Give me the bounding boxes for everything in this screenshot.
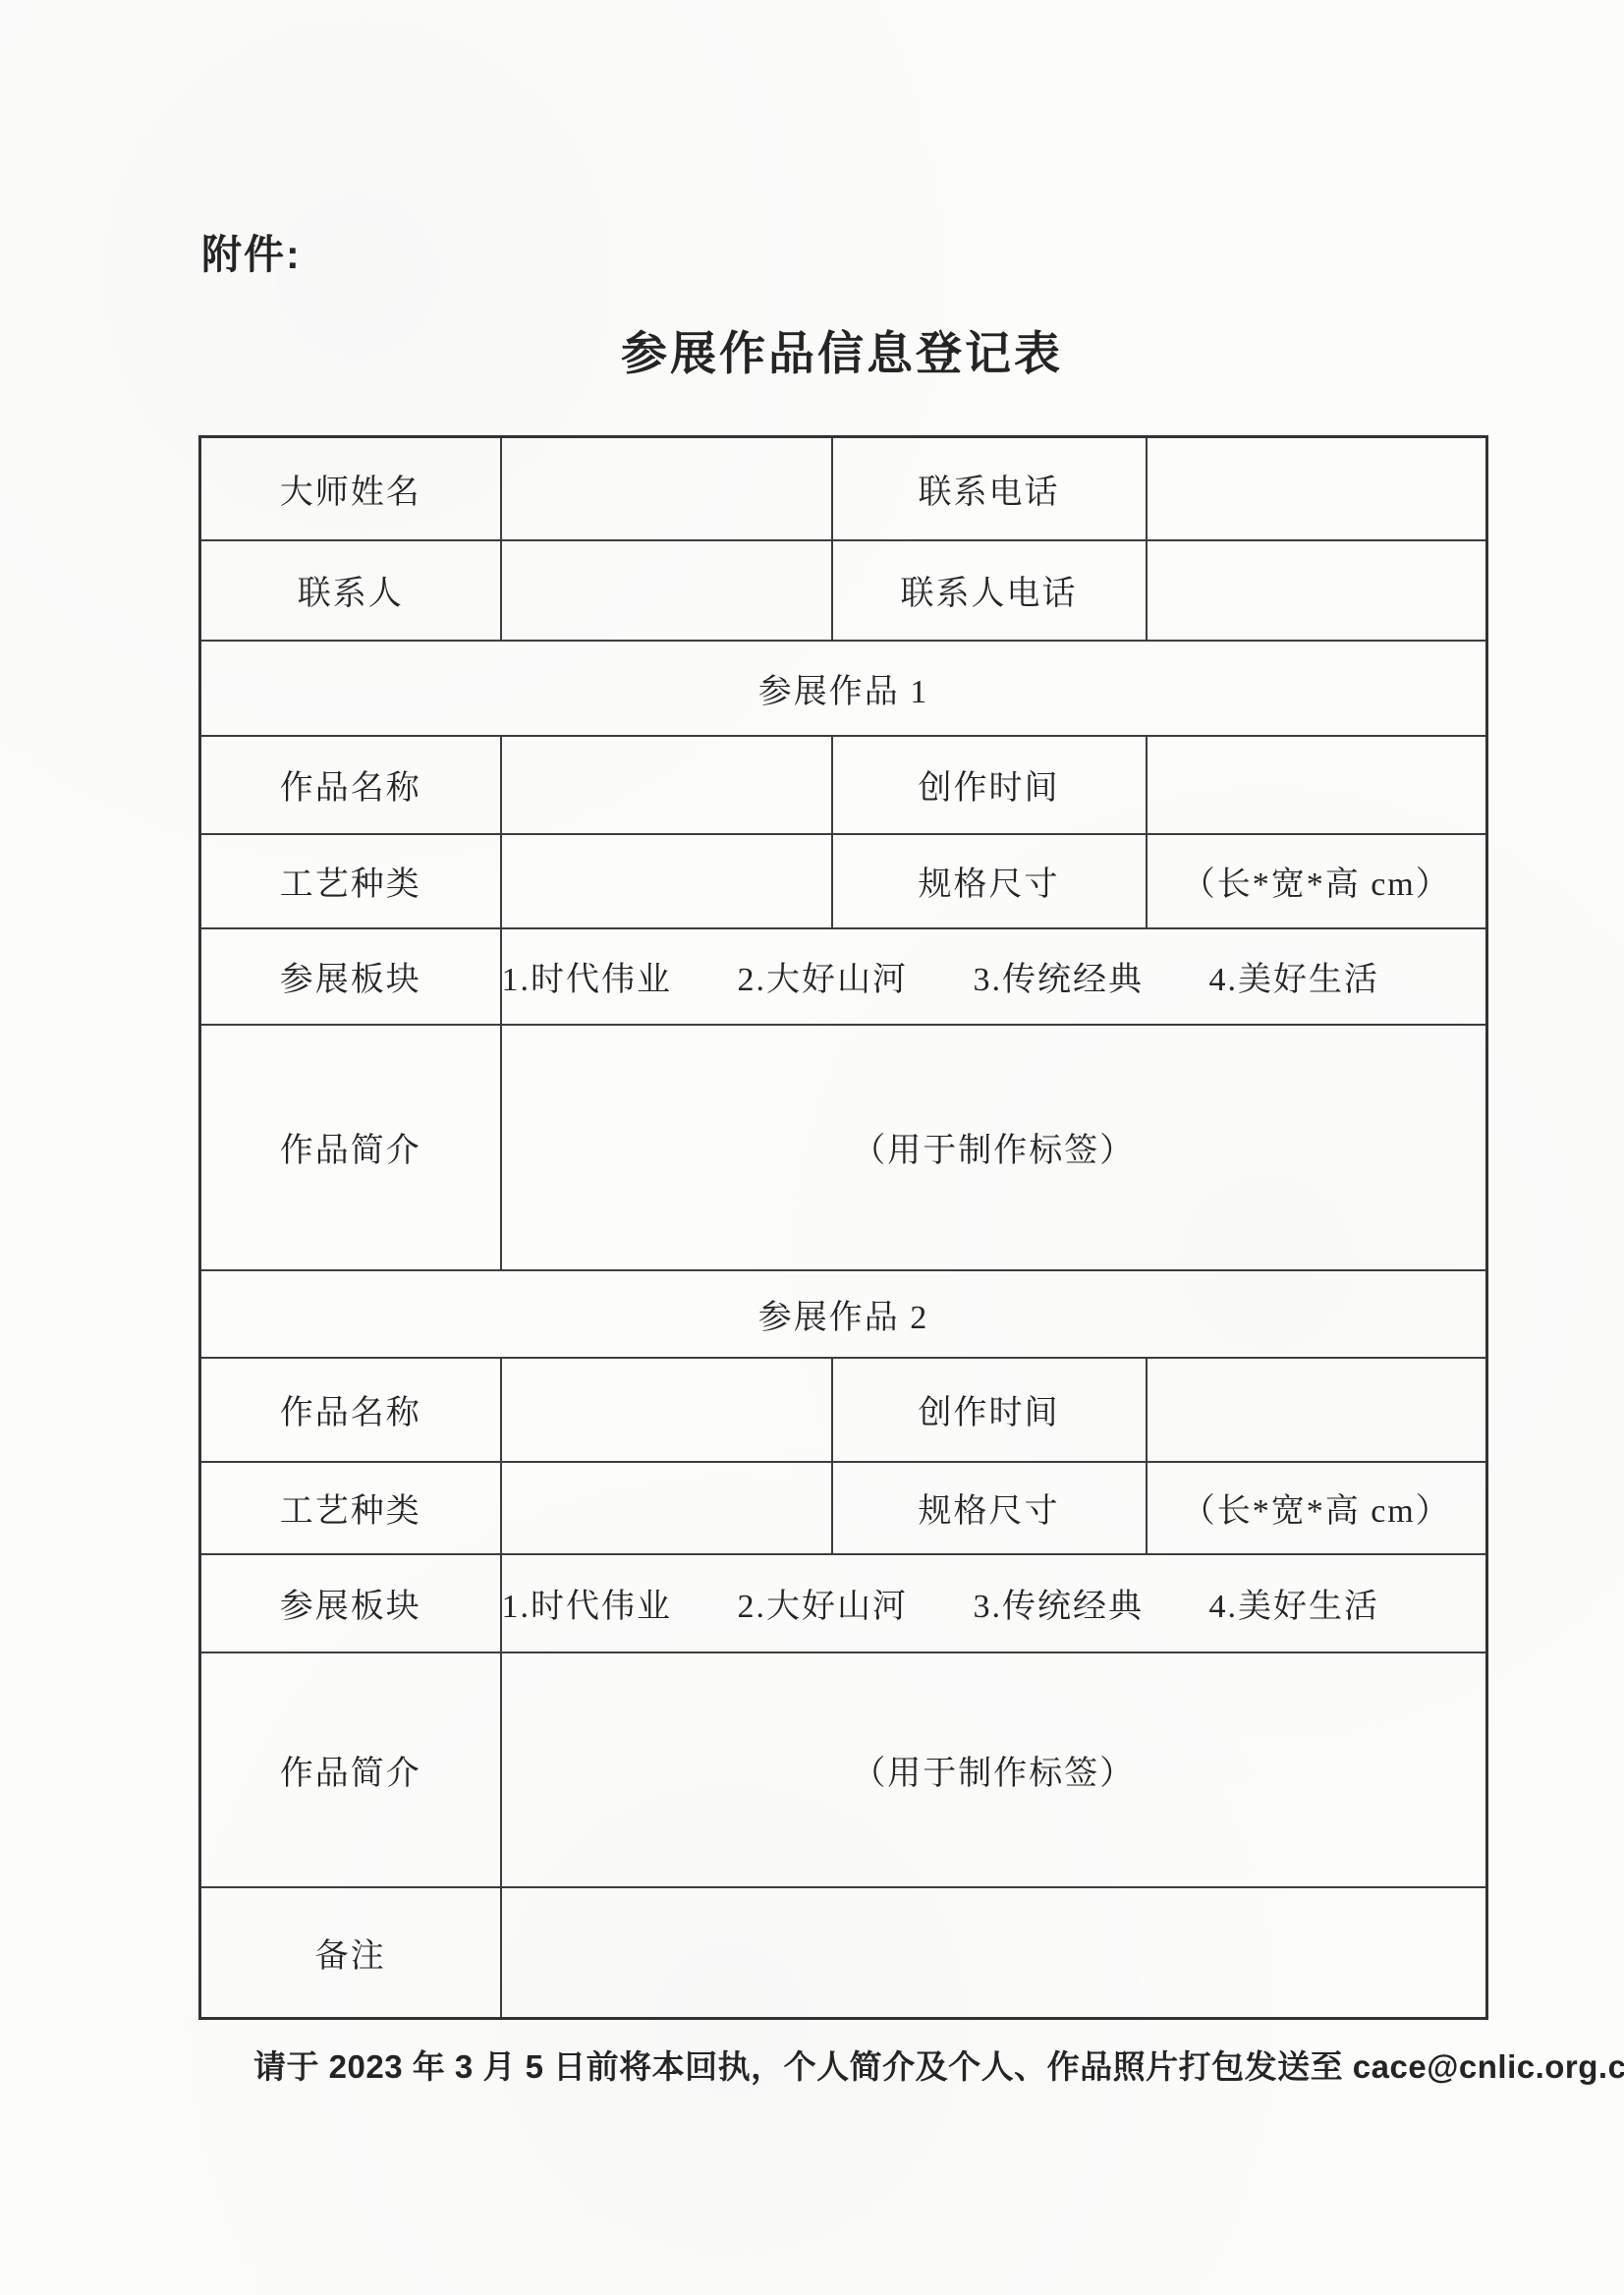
page-title: 参展作品信息登记表	[198, 317, 1485, 383]
work-intro-hint: （用于制作标签）	[501, 1025, 1487, 1270]
section-1-title-row: 参展作品 1	[200, 641, 1487, 736]
creation-time-label: 创作时间	[832, 1358, 1147, 1462]
craft-type-input-cell	[501, 1462, 832, 1554]
work-intro-label: 作品简介	[200, 1652, 501, 1887]
remarks-input-cell	[501, 1887, 1487, 2019]
scanned-document-page: 附件: 参展作品信息登记表 大师姓名 联系电话 联系人 联系人电话 参展作品 1	[0, 0, 1624, 2295]
registration-form-table: 大师姓名 联系电话 联系人 联系人电话 参展作品 1 作品名称 创作时间 工艺种…	[198, 435, 1488, 2020]
work-name-input-cell	[501, 1358, 832, 1462]
table-row: 工艺种类 规格尺寸 （长*宽*高 cm）	[200, 834, 1487, 928]
exhibition-block-option-4: 4.美好生活	[1209, 952, 1380, 1000]
table-row: 作品简介 （用于制作标签）	[200, 1652, 1487, 1887]
exhibition-block-option-1: 1.时代伟业	[502, 952, 673, 1000]
work-intro-hint: （用于制作标签）	[501, 1652, 1487, 1887]
remarks-row: 备注	[200, 1887, 1487, 2019]
table-row: 大师姓名 联系电话	[200, 437, 1487, 540]
creation-time-input-cell	[1147, 1358, 1487, 1462]
work-name-label: 作品名称	[200, 1358, 501, 1462]
craft-type-input-cell	[501, 834, 832, 928]
creation-time-label: 创作时间	[832, 736, 1147, 834]
spec-size-hint: （长*宽*高 cm）	[1147, 1462, 1487, 1554]
table-row: 工艺种类 规格尺寸 （长*宽*高 cm）	[200, 1462, 1487, 1554]
contact-person-phone-input-cell	[1147, 540, 1487, 641]
craft-type-label: 工艺种类	[200, 834, 501, 928]
section-title: 参展作品 2	[200, 1270, 1487, 1358]
creation-time-input-cell	[1147, 736, 1487, 834]
spec-size-hint: （长*宽*高 cm）	[1147, 834, 1487, 928]
exhibition-block-option-3: 3.传统经典	[974, 952, 1145, 1000]
exhibition-block-label: 参展板块	[200, 928, 501, 1025]
spec-size-label: 规格尺寸	[832, 834, 1147, 928]
work-intro-label: 作品简介	[200, 1025, 501, 1270]
table-row: 参展板块 1.时代伟业 2.大好山河 3.传统经典 4.美好生活	[200, 928, 1487, 1025]
master-name-input-cell	[501, 437, 832, 540]
spec-size-label: 规格尺寸	[832, 1462, 1147, 1554]
exhibition-block-options: 1.时代伟业 2.大好山河 3.传统经典 4.美好生活	[501, 928, 1487, 1025]
exhibition-block-option-2: 2.大好山河	[738, 952, 909, 1000]
table-row: 作品简介 （用于制作标签）	[200, 1025, 1487, 1270]
table-row: 作品名称 创作时间	[200, 1358, 1487, 1462]
attachment-label: 附件:	[201, 222, 302, 280]
table-row: 参展板块 1.时代伟业 2.大好山河 3.传统经典 4.美好生活	[200, 1554, 1487, 1652]
exhibition-block-option-2: 2.大好山河	[738, 1579, 909, 1627]
exhibition-block-options: 1.时代伟业 2.大好山河 3.传统经典 4.美好生活	[501, 1554, 1487, 1652]
section-title: 参展作品 1	[200, 641, 1487, 736]
master-name-label: 大师姓名	[200, 437, 501, 540]
section-2-title-row: 参展作品 2	[200, 1270, 1487, 1358]
craft-type-label: 工艺种类	[200, 1462, 501, 1554]
exhibition-block-option-1: 1.时代伟业	[502, 1579, 673, 1627]
exhibition-block-option-3: 3.传统经典	[974, 1579, 1145, 1627]
contact-phone-input-cell	[1147, 437, 1487, 540]
work-name-label: 作品名称	[200, 736, 501, 834]
exhibition-block-option-4: 4.美好生活	[1209, 1579, 1380, 1627]
work-name-input-cell	[501, 736, 832, 834]
contact-person-label: 联系人	[200, 540, 501, 641]
footer-note: 请于 2023 年 3 月 5 日前将本回执，个人简介及个人、作品照片打包发送至…	[198, 2042, 1485, 2088]
table-row: 作品名称 创作时间	[200, 736, 1487, 834]
contact-phone-label: 联系电话	[832, 437, 1147, 540]
contact-person-input-cell	[501, 540, 832, 641]
contact-person-phone-label: 联系人电话	[832, 540, 1147, 641]
remarks-label: 备注	[200, 1887, 501, 2019]
exhibition-block-label: 参展板块	[200, 1554, 501, 1652]
table-row: 联系人 联系人电话	[200, 540, 1487, 641]
